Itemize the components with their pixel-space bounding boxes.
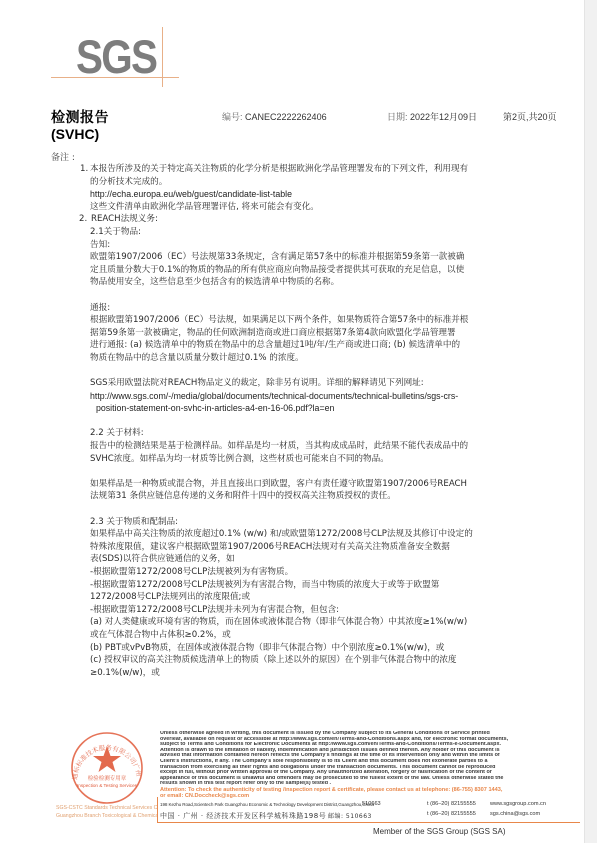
report-date: 日期: 2022年12月09日 (387, 110, 477, 123)
item-2-number: 2. (79, 213, 89, 226)
footer-disclaimer: Unless otherwise agreed in writing, this… (160, 731, 578, 799)
seal-center-text: 检验检测专用章 (88, 774, 127, 782)
address-row-en: 198 Kezhu Road,Scientech Park Guangzhou … (160, 801, 580, 810)
notice-line: 欧盟第1907/2006（EC）号法规第33条规定，含有满足第57条中的标准并根… (80, 251, 570, 264)
item-1-number: 1. (80, 163, 90, 176)
substances-line: (c) 授权审议的高关注物质候选清单上的物质（除上述以外的原因）在个别非气体混合… (80, 654, 570, 667)
section-2-2-heading: 2.2 关于材料: (80, 427, 570, 440)
report-number-value: CANEC2222262406 (245, 112, 327, 122)
materials-line: 报告中的检测结果是基于检测样品。如样品是均一材质，当其构成成品时，此结果不能代表… (80, 440, 570, 453)
report-title: 检测报告 (51, 107, 109, 127)
footer-vertical-rule (157, 797, 158, 823)
substances-line: 如果样品中高关注物质的浓度超过0.1% (w/w) 和/或欧盟第1272/200… (80, 528, 570, 541)
section-2-3-heading: 2.3 关于物质和配制品: (80, 516, 570, 529)
website-link[interactable]: www.sgsgroup.com.cn (490, 801, 546, 807)
substances-line: 特殊浓度限值，建议客户根据欧盟第1907/2006号REACH法规对有关高关注物… (80, 541, 570, 554)
notification-line: 物质在物品中的总含量以质量分数计超过0.1% 的浓度。 (80, 352, 570, 365)
sgs-position-link-cont[interactable]: position-statement-on-svhc-in-articles-a… (80, 402, 570, 415)
remarks-label: 备注 : (51, 150, 75, 163)
svg-text:通标标准技术服务有限公司广州分公司: 通标标准技术服务有限公司广州分公司 (55, 728, 144, 780)
remarks-body: 1.本报告所涉及的关于特定高关注物质的化学分析是根据欧洲化学品管理署发布的下列文… (80, 163, 570, 679)
item-1-note: 这些文件清单由欧洲化学品管理署评估, 将来可能会有变化。 (80, 201, 570, 214)
substances-line: -根据欧盟第1272/2008号CLP法规被列为有害混合物，而当中物质的浓度大于… (80, 579, 570, 592)
sgs-logo: SGS (51, 27, 179, 87)
sgs-position-link[interactable]: http://www.sgs.com/-/media/global/docume… (80, 390, 570, 403)
seal-caption-2: Guangzhou Branch Toxicological & Chemica… (56, 813, 158, 819)
item-2-heading: 2.REACH法规义务: (79, 213, 570, 226)
viewer-scrollbar-track[interactable] (584, 0, 597, 843)
export-obligation-line: 如果样品是一种物质或混合物，并且直接出口到欧盟，客户有责任遵守欧盟第1907/2… (80, 478, 570, 491)
report-subtitle: (SVHC) (51, 126, 99, 142)
substances-line: 表(SDS)以符合供应链通信的义务，如 (80, 553, 570, 566)
authenticity-email[interactable]: or email: CN.Doccheck@sgs.com (160, 793, 578, 799)
phone-1: t (86–20) 82155555 (427, 801, 476, 807)
substances-line: 1272/2008号CLP法规列出的浓度限值;或 (80, 591, 570, 604)
seal-stamp-icon: 通标标准技术服务有限公司广州分公司 检验检测专用章 Inspection & T… (55, 728, 158, 821)
substances-line: ≥0.1%(w/w)，或 (80, 667, 570, 680)
company-seal: 通标标准技术服务有限公司广州分公司 检验检测专用章 Inspection & T… (55, 728, 158, 821)
report-number: 编号: CANEC2222262406 (222, 110, 327, 123)
substances-line: (b) PBT或vPvB物质，在固体或液体混合物（即非气体混合物）中个别浓度≥0… (80, 642, 570, 655)
substances-line: (a) 对人类健康或环境有害的物质，而在固体或液体混合物（即非气体混合物）中其浓… (80, 616, 570, 629)
notification-label: 通报: (80, 302, 570, 315)
address-zh: 中国 · 广州 · 经济技术开发区科学城科珠路198号 (160, 811, 326, 821)
logo-horizontal-rule (51, 77, 179, 78)
phone-2: t (86–20) 82155555 (427, 811, 476, 817)
item-1-line: 的分析技术完成的。 (80, 176, 570, 189)
report-date-label: 日期: (387, 112, 410, 122)
item-2-heading-text: REACH法规义务: (89, 214, 158, 224)
notice-line: 物品使用安全，这些信息至少包括含有的候选清单中物质的名称。 (80, 276, 570, 289)
item-1-line: 1.本报告所涉及的关于特定高关注物质的化学分析是根据欧洲化学品管理署发布的下列文… (80, 163, 570, 176)
notice-line: 定且质量分数大于0.1%的物质的物品的所有供应商应向物品接受者提供其可获取的充足… (80, 264, 570, 277)
substances-line: -根据欧盟第1272/2008号CLP法规并未列为有害混合物，但包含: (80, 604, 570, 617)
address-en: 198 Kezhu Road,Scientech Park Guangzhou … (160, 802, 374, 807)
seal-ring-text: 通标标准技术服务有限公司广州分公司 (55, 728, 144, 780)
sgs-group-member: Member of the SGS Group (SGS SA) (373, 827, 506, 836)
section-2-1-heading: 2.1关于物品: (80, 226, 570, 239)
sgs-definition-line: SGS采用欧盟法院对REACH物品定义的裁定，除非另有说明。详细的解释请见下列网… (80, 377, 570, 390)
materials-line: SVHC浓度。如样品为均一材质等比例合测，这些材质也可能来自不同的物品。 (80, 453, 570, 466)
export-obligation-line: 法规第31 条供应链信息传递的义务和附件十四中的授权高关注物质授权的责任。 (80, 490, 570, 503)
item-1-text: 本报告所涉及的关于特定高关注物质的化学分析是根据欧洲化学品管理署发布的下列文件，… (90, 164, 468, 174)
echa-link[interactable]: http://echa.europa.eu/web/guest/candidat… (80, 188, 570, 201)
notice-label: 告知: (80, 239, 570, 252)
email-link[interactable]: sgs.china@sgs.com (490, 811, 540, 817)
postcode-en: 510663 (362, 801, 381, 807)
logo-vertical-rule (162, 27, 163, 87)
report-page: SGS 检测报告 (SVHC) 编号: CANEC2222262406 日期: … (0, 0, 584, 843)
notification-line: 据第59条第一款被确定，物品的任何欧洲制造商或进口商应根据第7条第4款向欧盟化学… (80, 327, 570, 340)
seal-caption-1: SGS-CSTC Standards Technical Services Co… (56, 805, 158, 811)
page-info: 第2页,共20页 (503, 110, 557, 123)
postcode-zh: 邮编: 510663 (328, 811, 372, 820)
address-row-zh: 中国 · 广州 · 经济技术开发区科学城科珠路198号 邮编: 510663 t… (160, 811, 580, 821)
report-date-value: 2022年12月09日 (410, 112, 477, 122)
sgs-logo-text: SGS (76, 33, 156, 80)
notification-line: 根据欧盟第1907/2006（EC）号法规，如果满足以下两个条件，如果物质符合第… (80, 314, 570, 327)
substances-line: -根据欧盟第1272/2008号CLP法规被列为有害物质。 (80, 566, 570, 579)
notification-line: 进行通报: (a) 候选清单中的物质在物品中的总含量超过1吨/年/生产商或进口商… (80, 339, 570, 352)
report-number-label: 编号: (222, 112, 245, 122)
seal-center-en: Inspection & Testing Services (77, 783, 138, 788)
substances-line: 或在气体混合物中占体积≥0.2%，或 (80, 629, 570, 642)
footer-horizontal-rule (157, 822, 580, 823)
